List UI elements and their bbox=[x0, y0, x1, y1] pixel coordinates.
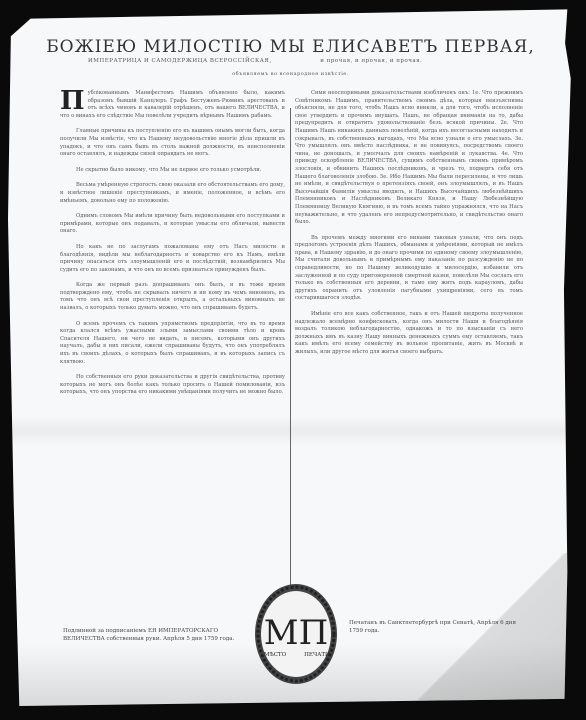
print-note: Печатанъ въ Санктпетербургѣ при Сенатѣ, … bbox=[349, 619, 529, 635]
paragraph: Въ прочемъ между многими его винами тако… bbox=[295, 235, 523, 303]
svg-text:МѢСТО: МѢСТО bbox=[264, 652, 287, 658]
paragraph: Но собственныя его руки доказательства и… bbox=[60, 374, 285, 397]
subtitle-etc: и прочая, и прочая, и прочая. bbox=[320, 58, 422, 64]
right-column: Сими неоспоримыми доказательствами изобл… bbox=[295, 90, 523, 365]
paragraph: Когда же первый разъ допрашиванъ онъ был… bbox=[60, 282, 285, 312]
document-announce: объявляемъ во всенародное извѣстіе. bbox=[8, 71, 573, 77]
paragraph: О всемъ прочемъ съ такимъ упрямствомъ пр… bbox=[60, 321, 285, 367]
document-heading: БОЖІЕЮ МИЛОСТІЮ МЫ ЕЛИСАВЕТЪ ПЕРВАЯ, bbox=[8, 37, 573, 57]
svg-text:ПЕЧАТИ: ПЕЧАТИ bbox=[304, 652, 330, 658]
signature-note: Подлинной за подписаніемъ ЕЯ ИМПЕРАТОРСК… bbox=[63, 627, 253, 643]
paragraph: Однимъ словомъ Мы имѣли причину быть нед… bbox=[60, 213, 285, 236]
paragraph: Не скрытно было никому, что Мы не первое… bbox=[60, 167, 285, 175]
dropcap: П bbox=[60, 91, 85, 111]
left-column: Публікованнымъ Манифестомъ Нашимъ объявл… bbox=[60, 90, 285, 405]
svg-text:МП: МП bbox=[264, 613, 328, 653]
column-divider bbox=[290, 108, 291, 588]
paragraph: Имѣніе его все какъ собственное, такъ и … bbox=[295, 311, 523, 357]
paragraph: Но какъ не по заслугамъ пожалованы ему о… bbox=[60, 244, 285, 274]
paragraph: Публікованнымъ Манифестомъ Нашимъ объявл… bbox=[60, 90, 285, 120]
paragraph: Весьма умѣренную строгость свою оказали … bbox=[60, 182, 285, 205]
paragraph: Главные причины къ поступленію его къ ва… bbox=[60, 128, 285, 158]
subtitle-title: ИМПЕРАТРИЦА И САМОДЕРЖИЦА ВСЕРОССІЙСКАЯ, bbox=[88, 58, 318, 64]
document-page: БОЖІЕЮ МИЛОСТІЮ МЫ ЕЛИСАВЕТЪ ПЕРВАЯ, ИМП… bbox=[8, 8, 573, 713]
seal-icon: МП МѢСТО ПЕЧАТИ bbox=[253, 582, 339, 686]
paragraph: Сими неоспоримыми доказательствами изобл… bbox=[295, 90, 523, 227]
document-subtitle: ИМПЕРАТРИЦА И САМОДЕРЖИЦА ВСЕРОССІЙСКАЯ,… bbox=[88, 58, 488, 64]
